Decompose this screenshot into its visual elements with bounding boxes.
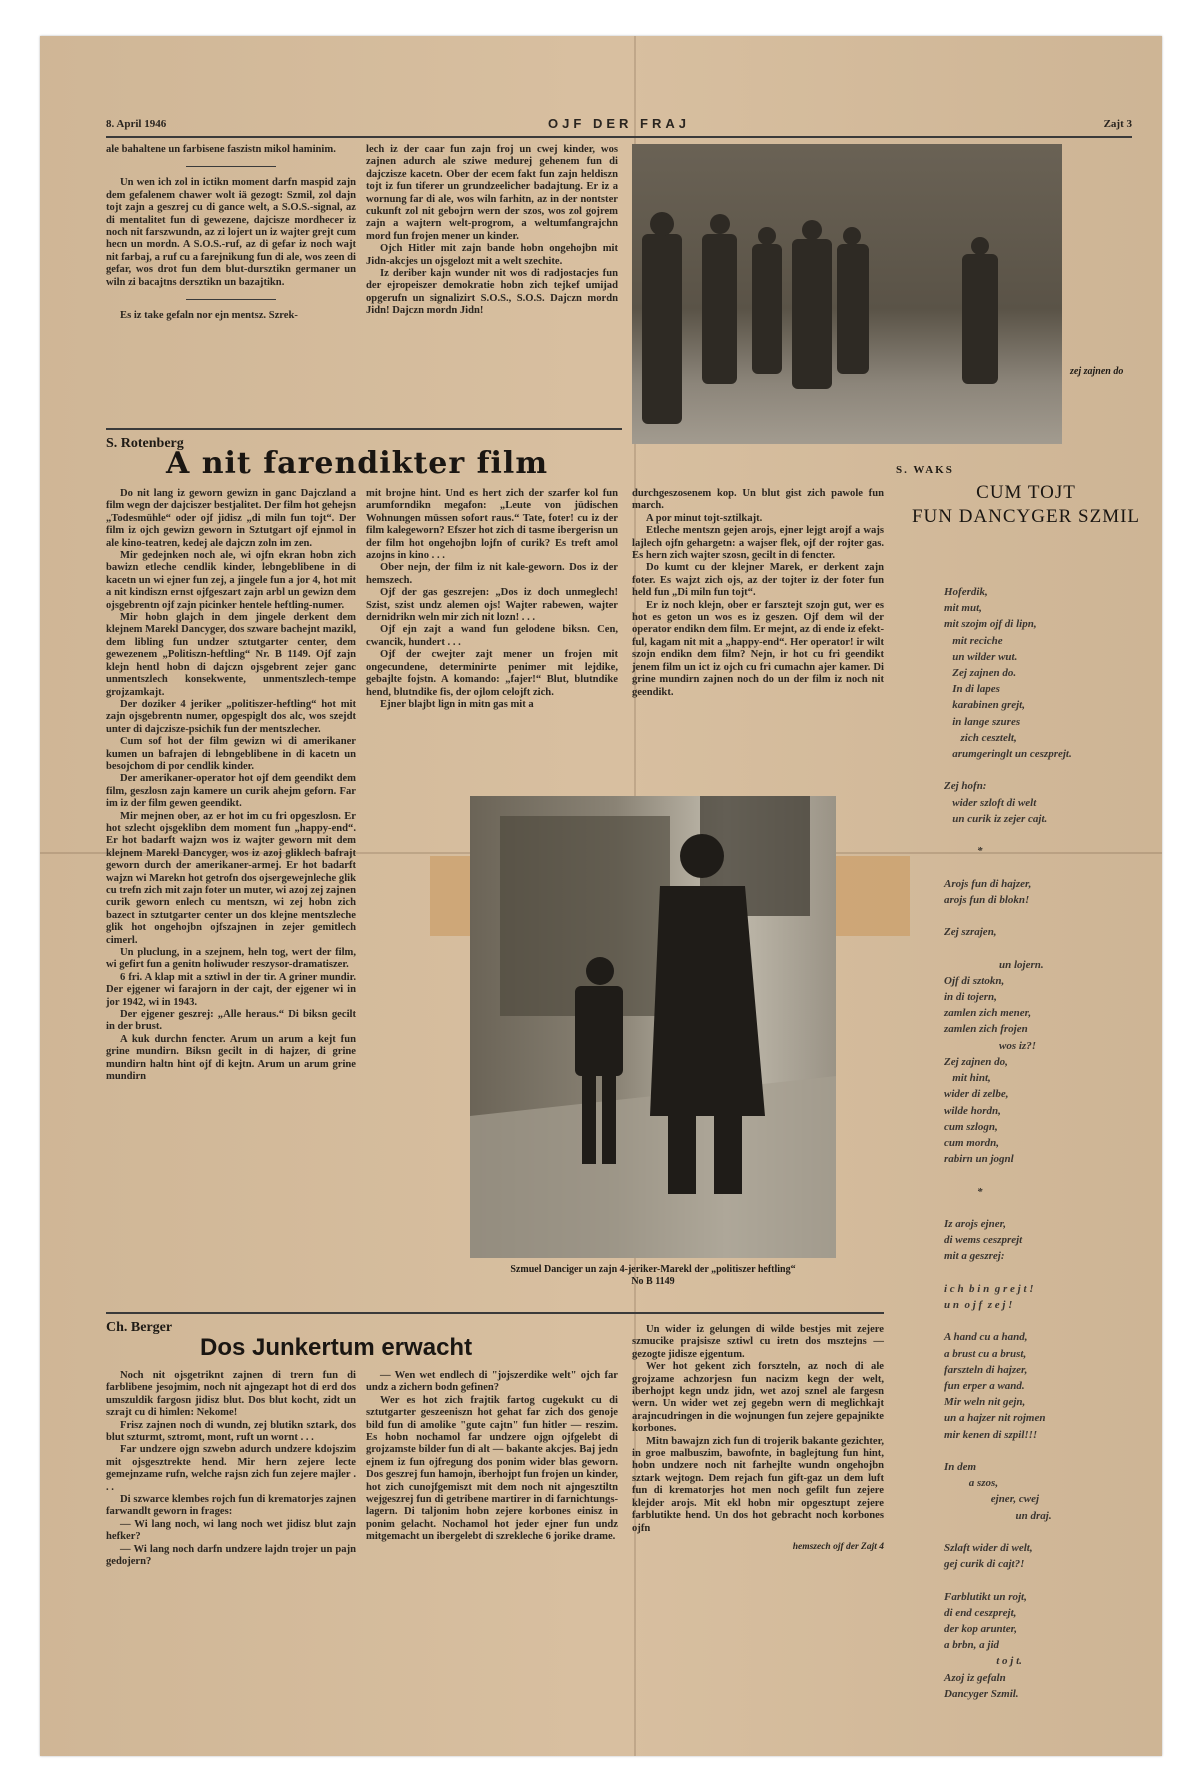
- poem-line: un lojern.: [944, 957, 1154, 973]
- poem-line: [944, 1265, 1154, 1281]
- poem-line: Farblutikt un rojt,: [944, 1589, 1154, 1605]
- tape-right: [836, 856, 910, 936]
- poem-line: In di lapes: [944, 681, 1154, 697]
- poem-line: wider di zelbe,: [944, 1086, 1154, 1102]
- paragraph: — Wen wet endlech di "jojszerdike welt" …: [366, 1370, 618, 1395]
- paragraph: A kuk durchn fencter. Arum un arum a kej…: [106, 1034, 356, 1084]
- poem-line: [944, 1167, 1154, 1183]
- paragraph: Iz deriber kajn wunder nit wos di radjos…: [366, 268, 618, 318]
- poem-line: mit a geszrej:: [944, 1248, 1154, 1264]
- poem-line: cum szlogn,: [944, 1119, 1154, 1135]
- paragraph: Mir mejnen ober, az er hot im cu fri opg…: [106, 811, 356, 947]
- poem-line: *: [944, 1184, 1154, 1200]
- page-number: Zajt 3: [1104, 118, 1132, 130]
- poem-line: Zej zajnen do,: [944, 1054, 1154, 1070]
- poem-line: mit mut,: [944, 600, 1154, 616]
- poem-line: Hoferdik,: [944, 584, 1154, 600]
- poem-line: [944, 1572, 1154, 1588]
- poem-line: fun erper a wand.: [944, 1378, 1154, 1394]
- paragraph: Ojf der cwejter zajt mener un frojen mit…: [366, 649, 618, 699]
- poem-line: [944, 762, 1154, 778]
- paragraph: Ejner blajbt lign in mitn gas mit a: [366, 699, 618, 711]
- poem-line: Azoj iz gefaln: [944, 1670, 1154, 1686]
- paragraph: Der ejgener geszrej: „Alle heraus.“ Di b…: [106, 1009, 356, 1034]
- poem-line: arojs fun di blokn!: [944, 892, 1154, 908]
- byline-berger: Ch. Berger: [106, 1320, 172, 1336]
- poem-line: gej curik di cajt?!: [944, 1556, 1154, 1572]
- poem-line: wilde hordn,: [944, 1103, 1154, 1119]
- poem-line: un draj.: [944, 1508, 1154, 1524]
- junker-article-col1: Noch nit ojsgetriknt zajnen di trern fun…: [106, 1370, 356, 1569]
- paragraph: Ojch Hitler mit zajn bande hobn ongehojb…: [366, 243, 618, 268]
- paragraph: Es iz take gefaln nor ejn mentsz. Szrek-: [106, 310, 356, 322]
- poem-line: in di tojern,: [944, 989, 1154, 1005]
- poem-line: [944, 827, 1154, 843]
- poem-line: Ojf di sztokn,: [944, 973, 1154, 989]
- junker-article-col3: Un wider iz gelungen di wilde bestjes mi…: [632, 1324, 884, 1553]
- paragraph: Di szwarce klembes rojch fun di kremator…: [106, 1494, 356, 1519]
- photo-soldiers-marching: [632, 144, 1062, 444]
- paragraph: Do nit lang iz geworn gewizn in ganc Daj…: [106, 488, 356, 550]
- film-article-col2: mit brojne hint. Und es hert zich der sz…: [366, 488, 618, 711]
- film-article-col3: durchgeszosenem kop. Un blut gist zich p…: [632, 488, 884, 699]
- father-son-illustration: [470, 796, 836, 1258]
- poem-line: a brust cu a brust,: [944, 1346, 1154, 1362]
- photo-father-and-son: [470, 796, 836, 1258]
- paragraph: A por minut tojt-sztilkajt.: [632, 513, 884, 525]
- paragraph: Ojf der gas geszrejen: „Dos iz doch unme…: [366, 587, 618, 624]
- top-article-col1: ale bahaltene un farbisene faszistn miko…: [106, 144, 356, 322]
- poem-line: [944, 1443, 1154, 1459]
- paragraph: mit brojne hint. Und es hert zich der sz…: [366, 488, 618, 562]
- poem-line: Zej zajnen do.: [944, 665, 1154, 681]
- masthead-title: OJF DER FRAJ: [106, 116, 1132, 131]
- paragraph: Wer hot gekent zich forszteln, az noch d…: [632, 1361, 884, 1435]
- poem-title-line2: FUN DANCYGER SZMIL: [896, 506, 1156, 528]
- divider: [186, 166, 276, 167]
- poem-line: [944, 908, 1154, 924]
- poem-line: zamlen zich mener,: [944, 1005, 1154, 1021]
- poem-title-line1: CUM TOJT: [896, 482, 1156, 504]
- paragraph: lech iz der caar fun zajn froj un cwej k…: [366, 144, 618, 243]
- poem-line: u n o j f z e j !: [944, 1297, 1154, 1313]
- top-article-col2: lech iz der caar fun zajn froj un cwej k…: [366, 144, 618, 318]
- paragraph: Etleche mentszn gejen arojs, ejner lejgt…: [632, 525, 884, 562]
- poem-line: [944, 1313, 1154, 1329]
- poem-line: rabirn un jognl: [944, 1151, 1154, 1167]
- poem-line: un curik iz zejer cajt.: [944, 811, 1154, 827]
- paragraph: Mitn bawajzn zich fun di trojerik bakant…: [632, 1436, 884, 1535]
- paragraph: Mir gedejnken noch ale, wi ojfn ekran ho…: [106, 550, 356, 612]
- poem-line: Zej szrajen,: [944, 924, 1154, 940]
- soldiers-illustration: [632, 144, 1062, 444]
- caption-line-1: Szmuel Danciger un zajn 4-jeriker-Marekl…: [460, 1264, 846, 1276]
- poem-line: Zej hofn:: [944, 778, 1154, 794]
- paragraph: Frisz zajnen noch di wundn, zej blutikn …: [106, 1420, 356, 1445]
- paragraph: — Wi lang noch darfn undzere lajdn troje…: [106, 1544, 356, 1569]
- poem-line: zamlen zich frojen: [944, 1021, 1154, 1037]
- poem-line: [944, 1200, 1154, 1216]
- junker-article-col2: — Wen wet endlech di "jojszerdike welt" …: [366, 1370, 618, 1544]
- poem-line: Iz arojs ejner,: [944, 1216, 1154, 1232]
- poem-line: un a hajzer nit rojmen: [944, 1410, 1154, 1426]
- paragraph: Far undzere ojgn szwebn adurch undzere k…: [106, 1444, 356, 1494]
- paragraph: Un wider iz gelungen di wilde bestjes mi…: [632, 1324, 884, 1361]
- paragraph: durchgeszosenem kop. Un blut gist zich p…: [632, 488, 884, 513]
- poem-line: *: [944, 843, 1154, 859]
- paragraph: Ober nejn, der film iz nit kale-geworn. …: [366, 562, 618, 587]
- poem-line: ejner, cwej: [944, 1491, 1154, 1507]
- poem-line: karabinen grejt,: [944, 697, 1154, 713]
- poem-line: mit szojm ojf di lipn,: [944, 616, 1154, 632]
- poem-line: der kop arunter,: [944, 1621, 1154, 1637]
- paragraph: Cum sof hot der film gewizn wi di amerik…: [106, 736, 356, 773]
- poem-line: di end ceszprejt,: [944, 1605, 1154, 1621]
- section-rule: [106, 428, 622, 430]
- film-article-col1: Do nit lang iz geworn gewizn in ganc Daj…: [106, 488, 356, 1084]
- poem-line: Mir weln nit gejn,: [944, 1394, 1154, 1410]
- poem-line: mit reciche: [944, 633, 1154, 649]
- paragraph: — Wi lang noch, wi lang noch wet jidisz …: [106, 1519, 356, 1544]
- poem-line: in lange szures: [944, 714, 1154, 730]
- headline-film: A nit farendikter film: [166, 446, 548, 481]
- photo-caption-fragment: zej zajnen do: [1070, 366, 1140, 378]
- poem-line: A hand cu a hand,: [944, 1329, 1154, 1345]
- paragraph: 6 fri. A klap mit a sztiwl in der tir. A…: [106, 972, 356, 1009]
- paragraph: Noch nit ojsgetriknt zajnen di trern fun…: [106, 1370, 356, 1420]
- photo-caption: Szmuel Danciger un zajn 4-jeriker-Marekl…: [460, 1264, 846, 1288]
- poem-line: arumgeringlt un ceszprejt.: [944, 746, 1154, 762]
- poem-line: a szos,: [944, 1475, 1154, 1491]
- poem-line: Dancyger Szmil.: [944, 1686, 1154, 1702]
- poem-line: wos iz?!: [944, 1038, 1154, 1054]
- paragraph: Do kumt cu der klejner Marek, er derkent…: [632, 562, 884, 599]
- poem-line: [944, 859, 1154, 875]
- poem-line: a brbn, a jid: [944, 1637, 1154, 1653]
- paragraph: Der amerikaner-operator hot ojf dem geen…: [106, 773, 356, 810]
- poem-line: wider szloft di welt: [944, 795, 1154, 811]
- poem-line: Arojs fun di hajzer,: [944, 876, 1154, 892]
- poem-line: di wems ceszprejt: [944, 1232, 1154, 1248]
- paragraph: Un pluclung, in a szejnem, heln tog, wer…: [106, 947, 356, 972]
- poem-line: In dem: [944, 1459, 1154, 1475]
- paragraph: Ojf ejn zajt a wand fun gelodene biksn. …: [366, 624, 618, 649]
- paragraph: Er iz noch klejn, ober er farsztejt szoj…: [632, 600, 884, 699]
- poem-byline: S. WAKS: [896, 464, 954, 476]
- caption-line-2: No B 1149: [460, 1276, 846, 1288]
- page-header: 8. April 1946 OJF DER FRAJ Zajt 3: [106, 114, 1132, 138]
- paragraph: ale bahaltene un farbisene faszistn miko…: [106, 144, 356, 156]
- headline-junkertum: Dos Junkertum erwacht: [200, 1334, 472, 1362]
- poem-line: mit hint,: [944, 1070, 1154, 1086]
- poem-body: Hoferdik,mit mut,mit szojm ojf di lipn, …: [944, 584, 1154, 1702]
- paragraph: Un wen ich zol in ictikn moment darfn ma…: [106, 177, 356, 289]
- poem-line: [944, 940, 1154, 956]
- section-rule: [106, 1312, 884, 1314]
- newspaper-page: 8. April 1946 OJF DER FRAJ Zajt 3 ale ba…: [40, 36, 1162, 1756]
- poem-line: farszteln di hajzer,: [944, 1362, 1154, 1378]
- paragraph: Wer es hot zich frajtik fartog cugekukt …: [366, 1395, 618, 1544]
- poem-line: Szlaft wider di welt,: [944, 1540, 1154, 1556]
- poem-line: t o j t.: [944, 1653, 1154, 1669]
- tape-left: [430, 856, 470, 936]
- poem-line: cum mordn,: [944, 1135, 1154, 1151]
- paragraph: Der doziker 4 jeriker „politiszer-heftli…: [106, 699, 356, 736]
- paragraph: Mir hobn glajch in dem jingele derkent d…: [106, 612, 356, 699]
- divider: [186, 299, 276, 300]
- poem-line: zich cesztelt,: [944, 730, 1154, 746]
- poem-line: un wilder wut.: [944, 649, 1154, 665]
- poem-line: [944, 1524, 1154, 1540]
- poem-line: mir kenen di szpil!!!: [944, 1427, 1154, 1443]
- continued-notice: hemszech ojf der Zajt 4: [632, 1541, 884, 1553]
- poem-line: i c h b i n g r e j t !: [944, 1281, 1154, 1297]
